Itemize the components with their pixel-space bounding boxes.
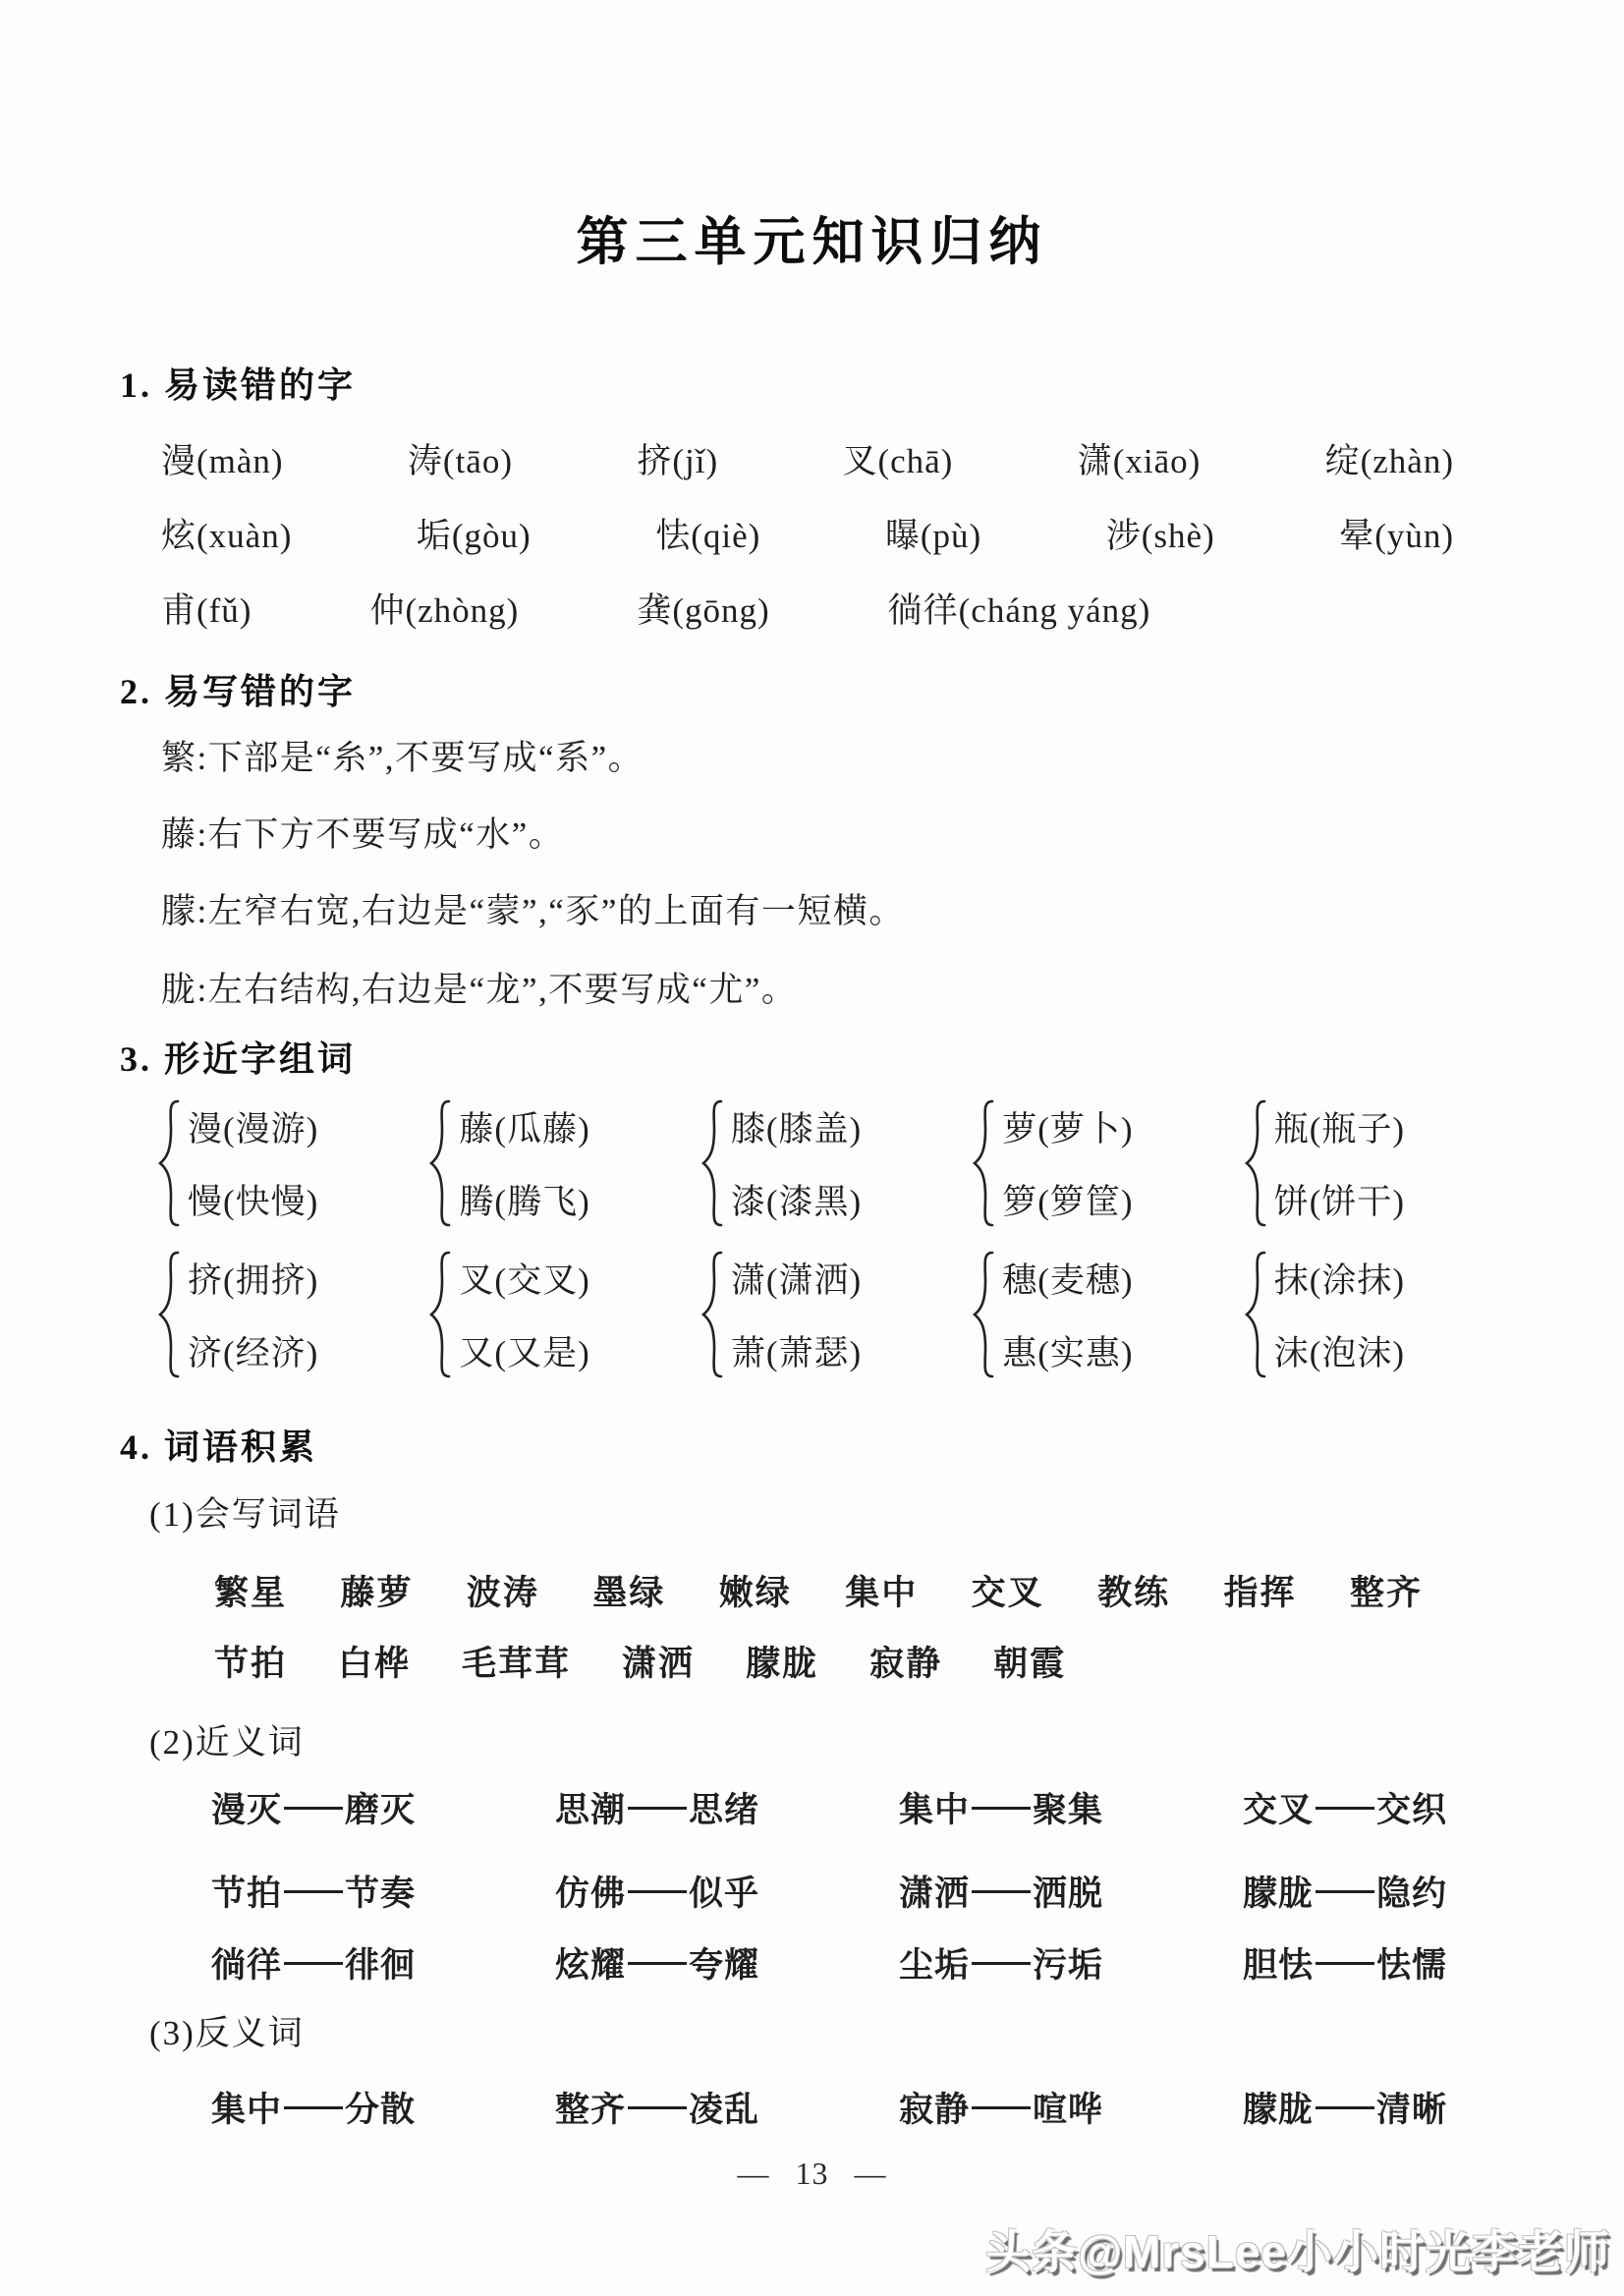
dash-connector	[1316, 1807, 1374, 1810]
dash-connector	[972, 1962, 1031, 1965]
pair-right: 聚集	[1033, 1783, 1103, 1832]
note-line: 朦:左窄右宽,右边是“蒙”,“豕”的上面有一短横。	[161, 884, 905, 933]
synonym-row-2: 节拍节奏 仿佛似乎 潇洒洒脱 朦胧隐约	[211, 1867, 1447, 1916]
confusable-group: 穗(麦穗)惠(实惠)	[972, 1250, 1133, 1379]
confusable-group: 挤(拥挤)济(经济)	[157, 1250, 318, 1379]
pair-right: 污垢	[1033, 1938, 1103, 1988]
pinyin-row-3: 甫(fǔ) 仲(zhòng) 龚(gōng) 徜徉(cháng yáng)	[161, 584, 1150, 633]
group-top-word: 瓶(瓶子)	[1274, 1102, 1405, 1151]
confusable-group: 潇(潇洒)萧(萧瑟)	[700, 1250, 862, 1379]
pair-left: 漫灭	[211, 1783, 282, 1832]
dash-connector	[1316, 2106, 1374, 2109]
word-item: 寂静	[869, 1637, 942, 1686]
dash-connector	[628, 2106, 687, 2109]
group-bottom-word: 箩(箩筐)	[1002, 1175, 1133, 1224]
confusable-group: 膝(膝盖)漆(漆黑)	[700, 1098, 862, 1228]
word-item: 朦胧	[746, 1637, 818, 1686]
group-bottom-word: 慢(快慢)	[188, 1175, 318, 1224]
confusable-group: 萝(萝卜)箩(箩筐)	[972, 1098, 1133, 1228]
dash-connector	[1316, 1890, 1374, 1893]
word-item: 潇洒	[622, 1637, 695, 1686]
pair-left: 炫耀	[555, 1938, 626, 1988]
word-pair: 思潮思绪	[555, 1783, 759, 1832]
subsection-3-heading: (3)反义词	[149, 2006, 305, 2055]
confusable-group: 瓶(瓶子)饼(饼干)	[1244, 1098, 1405, 1228]
group-bottom-word: 饼(饼干)	[1274, 1175, 1405, 1224]
left-brace-icon	[157, 1250, 181, 1379]
group-bottom-word: 又(又是)	[459, 1326, 589, 1375]
pinyin-row-2: 炫(xuàn) 垢(gòu) 怯(qiè) 曝(pù) 涉(shè) 晕(yùn…	[161, 509, 1454, 558]
left-brace-icon	[1244, 1098, 1267, 1228]
pair-right: 夸耀	[689, 1938, 759, 1988]
word-pair: 漫灭磨灭	[211, 1783, 416, 1832]
word-item: 教练	[1097, 1566, 1170, 1615]
group-top-word: 萝(萝卜)	[1002, 1102, 1133, 1151]
dash-connector	[284, 1807, 343, 1810]
pinyin-item: 徜徉(cháng yáng)	[888, 584, 1151, 633]
word-item: 波涛	[467, 1566, 539, 1615]
group-bottom-word: 腾(腾飞)	[459, 1175, 589, 1224]
note-line: 胧:左右结构,右边是“龙”,不要写成“尤”。	[161, 963, 797, 1012]
word-item: 指挥	[1224, 1566, 1297, 1615]
note-line: 繁:下部是“糸”,不要写成“系”。	[161, 731, 644, 780]
left-brace-icon	[972, 1250, 995, 1379]
word-item: 藤萝	[340, 1566, 413, 1615]
pair-left: 思潮	[555, 1783, 626, 1832]
word-pair: 仿佛似乎	[555, 1867, 759, 1916]
pinyin-item: 垢(gòu)	[417, 509, 532, 558]
pair-right: 隐约	[1376, 1867, 1447, 1916]
left-brace-icon	[700, 1098, 724, 1228]
group-top-word: 叉(交叉)	[459, 1254, 589, 1303]
pair-left: 胆怯	[1243, 1938, 1314, 1988]
word-item: 集中	[845, 1566, 918, 1615]
pinyin-item: 涛(tāo)	[408, 434, 513, 483]
group-top-word: 藤(瓜藤)	[459, 1102, 589, 1151]
pair-right: 交织	[1376, 1783, 1447, 1832]
antonym-row-1: 集中分散 整齐凌乱 寂静喧哗 朦胧清晰	[211, 2083, 1447, 2132]
pinyin-item: 潇(xiāo)	[1078, 434, 1202, 483]
left-brace-icon	[1244, 1250, 1267, 1379]
word-item: 整齐	[1350, 1566, 1423, 1615]
word-list-row-2: 节拍 白桦 毛茸茸 潇洒 朦胧 寂静 朝霞	[214, 1637, 1066, 1686]
document-page: 第三单元知识归纳 1. 易读错的字 漫(màn) 涛(tāo) 挤(jǐ) 叉(…	[0, 0, 1624, 2296]
pair-right: 怯懦	[1376, 1938, 1447, 1988]
dash-connector	[1316, 1962, 1374, 1965]
confusable-group: 藤(瓜藤)腾(腾飞)	[428, 1098, 589, 1228]
word-pair: 寂静喧哗	[899, 2083, 1103, 2132]
word-item: 白桦	[338, 1637, 411, 1686]
pair-right: 凌乱	[689, 2083, 759, 2132]
pinyin-item: 漫(màn)	[161, 434, 284, 483]
confusable-group-row-2: 挤(拥挤)济(经济) 叉(交叉)又(又是) 潇(潇洒)萧(萧瑟) 穗(麦穗)惠(…	[157, 1250, 1405, 1379]
dash-connector	[284, 2106, 343, 2109]
pinyin-item: 叉(chā)	[842, 434, 953, 483]
pair-left: 朦胧	[1243, 1867, 1314, 1916]
word-pair: 交叉交织	[1243, 1783, 1447, 1832]
pair-left: 寂静	[899, 2083, 970, 2132]
group-top-word: 穗(麦穗)	[1002, 1254, 1133, 1303]
group-bottom-word: 沫(泡沫)	[1274, 1326, 1405, 1375]
left-brace-icon	[428, 1098, 452, 1228]
subsection-1-heading: (1)会写词语	[149, 1487, 341, 1537]
section-1-heading: 1. 易读错的字	[120, 358, 356, 408]
dash-connector	[972, 1807, 1031, 1810]
pinyin-item: 龚(gōng)	[637, 584, 769, 633]
group-bottom-word: 惠(实惠)	[1002, 1326, 1133, 1375]
pinyin-item: 仲(zhòng)	[369, 584, 519, 633]
word-item: 嫩绿	[719, 1566, 792, 1615]
word-pair: 徜徉徘徊	[211, 1938, 416, 1988]
word-item: 墨绿	[592, 1566, 665, 1615]
pinyin-item: 曝(pù)	[885, 509, 981, 558]
word-pair: 尘垢污垢	[899, 1938, 1103, 1988]
confusable-group: 抹(涂抹)沫(泡沫)	[1244, 1250, 1405, 1379]
section-4-heading: 4. 词语积累	[120, 1420, 317, 1470]
word-item: 毛茸茸	[462, 1637, 571, 1686]
pinyin-item: 绽(zhàn)	[1325, 434, 1454, 483]
dash-connector	[628, 1807, 687, 1810]
section-3-heading: 3. 形近字组词	[120, 1032, 356, 1082]
left-brace-icon	[700, 1250, 724, 1379]
group-bottom-word: 萧(萧瑟)	[731, 1326, 862, 1375]
word-pair: 朦胧清晰	[1243, 2083, 1447, 2132]
note-line: 藤:右下方不要写成“水”。	[161, 808, 564, 857]
word-pair: 整齐凌乱	[555, 2083, 759, 2132]
pair-left: 集中	[899, 1783, 970, 1832]
group-top-word: 潇(潇洒)	[731, 1254, 862, 1303]
word-list-row-1: 繁星 藤萝 波涛 墨绿 嫩绿 集中 交叉 教练 指挥 整齐	[214, 1566, 1423, 1615]
watermark: 头条@MrsLee小小时光李老师	[985, 2216, 1610, 2281]
group-top-word: 抹(涂抹)	[1274, 1254, 1405, 1303]
word-pair: 集中分散	[211, 2083, 416, 2132]
dash-connector	[972, 1890, 1031, 1893]
pinyin-item: 甫(fǔ)	[161, 584, 252, 633]
confusable-group-row-1: 漫(漫游)慢(快慢) 藤(瓜藤)腾(腾飞) 膝(膝盖)漆(漆黑) 萝(萝卜)箩(…	[157, 1098, 1405, 1228]
pinyin-item: 怯(qiè)	[655, 509, 760, 558]
synonym-row-3: 徜徉徘徊 炫耀夸耀 尘垢污垢 胆怯怯懦	[211, 1938, 1447, 1988]
group-top-word: 膝(膝盖)	[731, 1102, 862, 1151]
group-bottom-word: 漆(漆黑)	[731, 1175, 862, 1224]
word-pair: 朦胧隐约	[1243, 1867, 1447, 1916]
pair-right: 徘徊	[345, 1938, 416, 1988]
group-top-word: 漫(漫游)	[188, 1102, 318, 1151]
pair-left: 整齐	[555, 2083, 626, 2132]
word-item: 繁星	[214, 1566, 287, 1615]
page-number-dash-left: —	[738, 2156, 770, 2192]
confusable-group: 叉(交叉)又(又是)	[428, 1250, 589, 1379]
pair-right: 清晰	[1376, 2083, 1447, 2132]
group-top-word: 挤(拥挤)	[188, 1254, 318, 1303]
dash-connector	[628, 1962, 687, 1965]
pinyin-item: 炫(xuàn)	[161, 509, 292, 558]
word-item: 朝霞	[993, 1637, 1066, 1686]
pinyin-item: 挤(jǐ)	[637, 434, 718, 483]
dash-connector	[972, 2106, 1031, 2109]
pinyin-item: 晕(yùn)	[1339, 509, 1454, 558]
left-brace-icon	[428, 1250, 452, 1379]
pair-left: 节拍	[211, 1867, 282, 1916]
pair-left: 徜徉	[211, 1938, 282, 1988]
dash-connector	[284, 1962, 343, 1965]
subsection-2-heading: (2)近义词	[149, 1715, 305, 1764]
pair-left: 尘垢	[899, 1938, 970, 1988]
pair-right: 节奏	[345, 1867, 416, 1916]
dash-connector	[628, 1890, 687, 1893]
document-title: 第三单元知识归纳	[0, 200, 1624, 275]
section-2-heading: 2. 易写错的字	[120, 664, 356, 714]
pair-left: 交叉	[1243, 1783, 1314, 1832]
left-brace-icon	[157, 1098, 181, 1228]
pinyin-row-1: 漫(màn) 涛(tāo) 挤(jǐ) 叉(chā) 潇(xiāo) 绽(zhà…	[161, 434, 1454, 483]
pair-right: 思绪	[689, 1783, 759, 1832]
left-brace-icon	[972, 1098, 995, 1228]
synonym-row-1: 漫灭磨灭 思潮思绪 集中聚集 交叉交织	[211, 1783, 1447, 1832]
word-pair: 节拍节奏	[211, 1867, 416, 1916]
page-number-dash-right: —	[855, 2156, 887, 2192]
pair-right: 分散	[345, 2083, 416, 2132]
word-pair: 潇洒洒脱	[899, 1867, 1103, 1916]
pair-right: 洒脱	[1033, 1867, 1103, 1916]
confusable-group: 漫(漫游)慢(快慢)	[157, 1098, 318, 1228]
pair-left: 潇洒	[899, 1867, 970, 1916]
page-number-value: 13	[796, 2156, 829, 2192]
word-item: 节拍	[214, 1637, 287, 1686]
pair-right: 似乎	[689, 1867, 759, 1916]
dash-connector	[284, 1890, 343, 1893]
page-number: — 13 —	[0, 2156, 1624, 2192]
group-bottom-word: 济(经济)	[188, 1326, 318, 1375]
word-pair: 炫耀夸耀	[555, 1938, 759, 1988]
pinyin-item: 涉(shè)	[1106, 509, 1215, 558]
pair-left: 朦胧	[1243, 2083, 1314, 2132]
pair-left: 仿佛	[555, 1867, 626, 1916]
pair-left: 集中	[211, 2083, 282, 2132]
pair-right: 磨灭	[345, 1783, 416, 1832]
pair-right: 喧哗	[1033, 2083, 1103, 2132]
word-item: 交叉	[972, 1566, 1044, 1615]
word-pair: 胆怯怯懦	[1243, 1938, 1447, 1988]
word-pair: 集中聚集	[899, 1783, 1103, 1832]
